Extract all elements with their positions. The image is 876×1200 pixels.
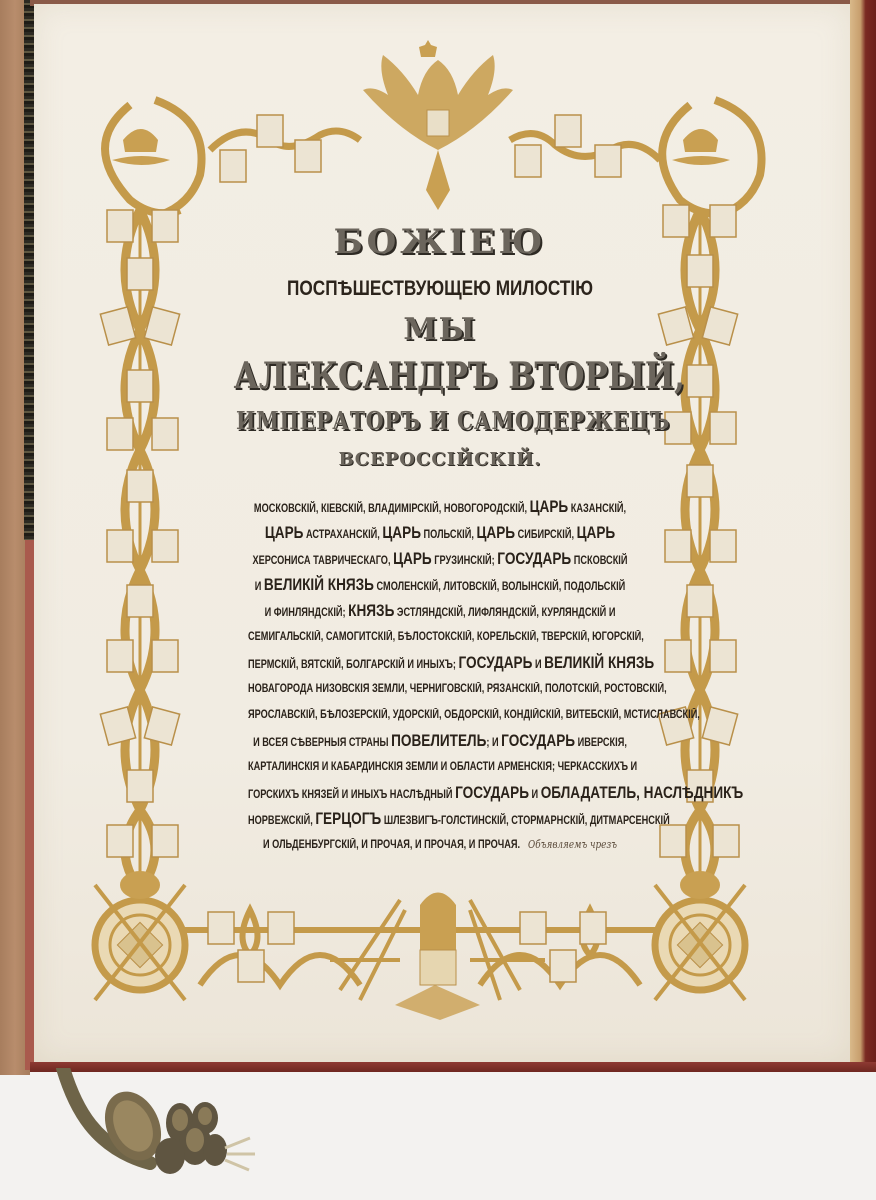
title-rank: ЦАРЬ (382, 523, 421, 542)
title-rank: ОБЛАДАТЕЛЬ, НАСЛѢДНИКЪ (541, 783, 744, 802)
book-cover-right (850, 0, 876, 1065)
title-text: ПОЛЬСКІЙ, (421, 529, 476, 541)
title-rank: ЦАРЬ (530, 497, 569, 516)
title-line: ХЕРСОНИСА ТАВРИЧЕСКАГО, ЦАРЬ ГРУЗИНСКІЙ;… (248, 546, 632, 572)
title-text: КАЗАНСКІЙ, (568, 503, 626, 515)
title-line: ЯРОСЛАВСКІЙ, БѢЛОЗЕРСКІЙ, УДОРСКІЙ, ОБДО… (248, 702, 632, 728)
title-rank: ГОСУДАРЬ (459, 653, 533, 672)
heading-line-1: БОЖІЕЮ (200, 222, 680, 262)
title-text: И ОЛЬДЕНБУРГСКІЙ, И ПРОЧАЯ, И ПРОЧАЯ, И … (263, 839, 520, 851)
title-text: СМОЛЕНСКІЙ, ЛИТОВСКІЙ, ВОЛЫНСКІЙ, ПОДОЛЬ… (374, 581, 625, 593)
title-rank: ПОВЕЛИТЕЛЬ (391, 731, 486, 750)
title-line: И ФИНЛЯНДСКІЙ; КНЯЗЬ ЭСТЛЯНДСКІЙ, ЛИФЛЯН… (248, 598, 632, 624)
title-line: И ВЕЛИКІЙ КНЯЗЬ СМОЛЕНСКІЙ, ЛИТОВСКІЙ, В… (248, 572, 632, 598)
title-line: И ВСЕЯ СѢВЕРНЫЯ СТРАНЫ ПОВЕЛИТЕЛЬ; И ГОС… (248, 728, 632, 754)
title-line: КАРТАЛИНСКІЯ И КАБАРДИНСКІЯ ЗЕМЛИ И ОБЛА… (248, 754, 632, 780)
title-line: И ОЛЬДЕНБУРГСКІЙ, И ПРОЧАЯ, И ПРОЧАЯ, И … (248, 832, 632, 858)
title-text: АСТРАХАНСКІЙ, (303, 529, 382, 541)
title-text: ХЕРСОНИСА ТАВРИЧЕСКАГО, (253, 555, 394, 567)
title-text: И ФИНЛЯНДСКІЙ; (265, 607, 349, 619)
title-rank: ГОСУДАРЬ (497, 549, 571, 568)
title-line: ЦАРЬ АСТРАХАНСКІЙ, ЦАРЬ ПОЛЬСКІЙ, ЦАРЬ С… (248, 520, 632, 546)
title-text: МОСКОВСКІЙ, КІЕВСКІЙ, ВЛАДИМІРСКІЙ, НОВО… (254, 503, 530, 515)
heading-sovereign-name: АЛЕКСАНДРЪ ВТОРЫЙ, (234, 354, 647, 398)
title-text: СЕМИГАЛЬСКІЙ, САМОГИТСКІЙ, БѢЛОСТОКСКІЙ,… (248, 631, 644, 643)
heading-line-3: МЫ (200, 312, 680, 348)
title-rank: ГОСУДАРЬ (455, 783, 529, 802)
titles-block: МОСКОВСКІЙ, КІЕВСКІЙ, ВЛАДИМІРСКІЙ, НОВО… (200, 494, 680, 858)
title-text: ЭСТЛЯНДСКІЙ, ЛИФЛЯНДСКІЙ, КУРЛЯНДСКІЙ И (394, 607, 615, 619)
title-text: И (529, 789, 541, 801)
heading-line-5: ИМПЕРАТОРЪ И САМОДЕРЖЕЦЪ (236, 406, 644, 436)
title-text: И ВСЕЯ СѢВЕРНЫЯ СТРАНЫ (253, 737, 391, 749)
title-rank: КНЯЗЬ (348, 601, 394, 620)
title-rank: ВЕЛИКІЙ КНЯЗЬ (264, 575, 374, 594)
title-text: ИВЕРСКІЯ, (575, 737, 627, 749)
handwritten-note: Объявляемъ чрезъ (528, 838, 617, 851)
title-rank: ЦАРЬ (577, 523, 616, 542)
title-rank: ЦАРЬ (265, 523, 304, 542)
title-text: ; И (486, 737, 501, 749)
title-text: ГРУЗИНСКІЙ; (432, 555, 498, 567)
gold-cord-tassel-icon (55, 1068, 335, 1200)
title-text: ШЛЕЗВИГЪ-ГОЛСТИНСКІЙ, СТОРМАРНСКІЙ, ДИТМ… (381, 815, 669, 827)
title-text: ПЕРМСКІЙ, ВЯТСКІЙ, БОЛГАРСКІЙ И ИНЫХЪ; (248, 659, 459, 671)
title-text: И (532, 659, 544, 671)
manifesto-text: БОЖІЕЮ ПОСПѢШЕСТВУЮЩЕЮ МИЛОСТІЮ МЫ АЛЕКС… (200, 222, 680, 858)
title-line: МОСКОВСКІЙ, КІЕВСКІЙ, ВЛАДИМІРСКІЙ, НОВО… (248, 494, 632, 520)
title-text: НОВАГОРОДА НИЗОВСКІЯ ЗЕМЛИ, ЧЕРНИГОВСКІЙ… (248, 683, 667, 695)
heading-line-2: ПОСПѢШЕСТВУЮЩЕЮ МИЛОСТІЮ (243, 274, 637, 304)
title-text: И (255, 581, 264, 593)
title-line: ГОРСКИХЪ КНЯЗЕЙ И ИНЫХЪ НАСЛѢДНЫЙ ГОСУДА… (248, 780, 632, 806)
heading-line-6: ВСЕРОССІЙСКІЙ. (200, 448, 680, 472)
title-text: ПСКОВСКІЙ (571, 555, 627, 567)
title-rank: ГОСУДАРЬ (501, 731, 575, 750)
title-rank: ГЕРЦОГЪ (315, 809, 381, 828)
title-rank: ЦАРЬ (476, 523, 515, 542)
title-line: НОВАГОРОДА НИЗОВСКІЯ ЗЕМЛИ, ЧЕРНИГОВСКІЙ… (248, 676, 632, 702)
title-text: КАРТАЛИНСКІЯ И КАБАРДИНСКІЯ ЗЕМЛИ И ОБЛА… (248, 761, 637, 773)
title-text: СИБИРСКІЙ, (515, 529, 576, 541)
title-text: НОРВЕЖСКІЙ, (248, 815, 315, 827)
title-rank: ЦАРЬ (393, 549, 432, 568)
title-text: ЯРОСЛАВСКІЙ, БѢЛОЗЕРСКІЙ, УДОРСКІЙ, ОБДО… (248, 709, 700, 721)
spine-binding-edge (25, 540, 34, 1070)
title-line: НОРВЕЖСКІЙ, ГЕРЦОГЪ ШЛЕЗВИГЪ-ГОЛСТИНСКІЙ… (248, 806, 632, 832)
title-line: ПЕРМСКІЙ, ВЯТСКІЙ, БОЛГАРСКІЙ И ИНЫХЪ; Г… (248, 650, 632, 676)
title-text: ГОРСКИХЪ КНЯЗЕЙ И ИНЫХЪ НАСЛѢДНЫЙ (248, 789, 455, 801)
title-rank: ВЕЛИКІЙ КНЯЗЬ (544, 653, 654, 672)
title-line: СЕМИГАЛЬСКІЙ, САМОГИТСКІЙ, БѢЛОСТОКСКІЙ,… (248, 624, 632, 650)
